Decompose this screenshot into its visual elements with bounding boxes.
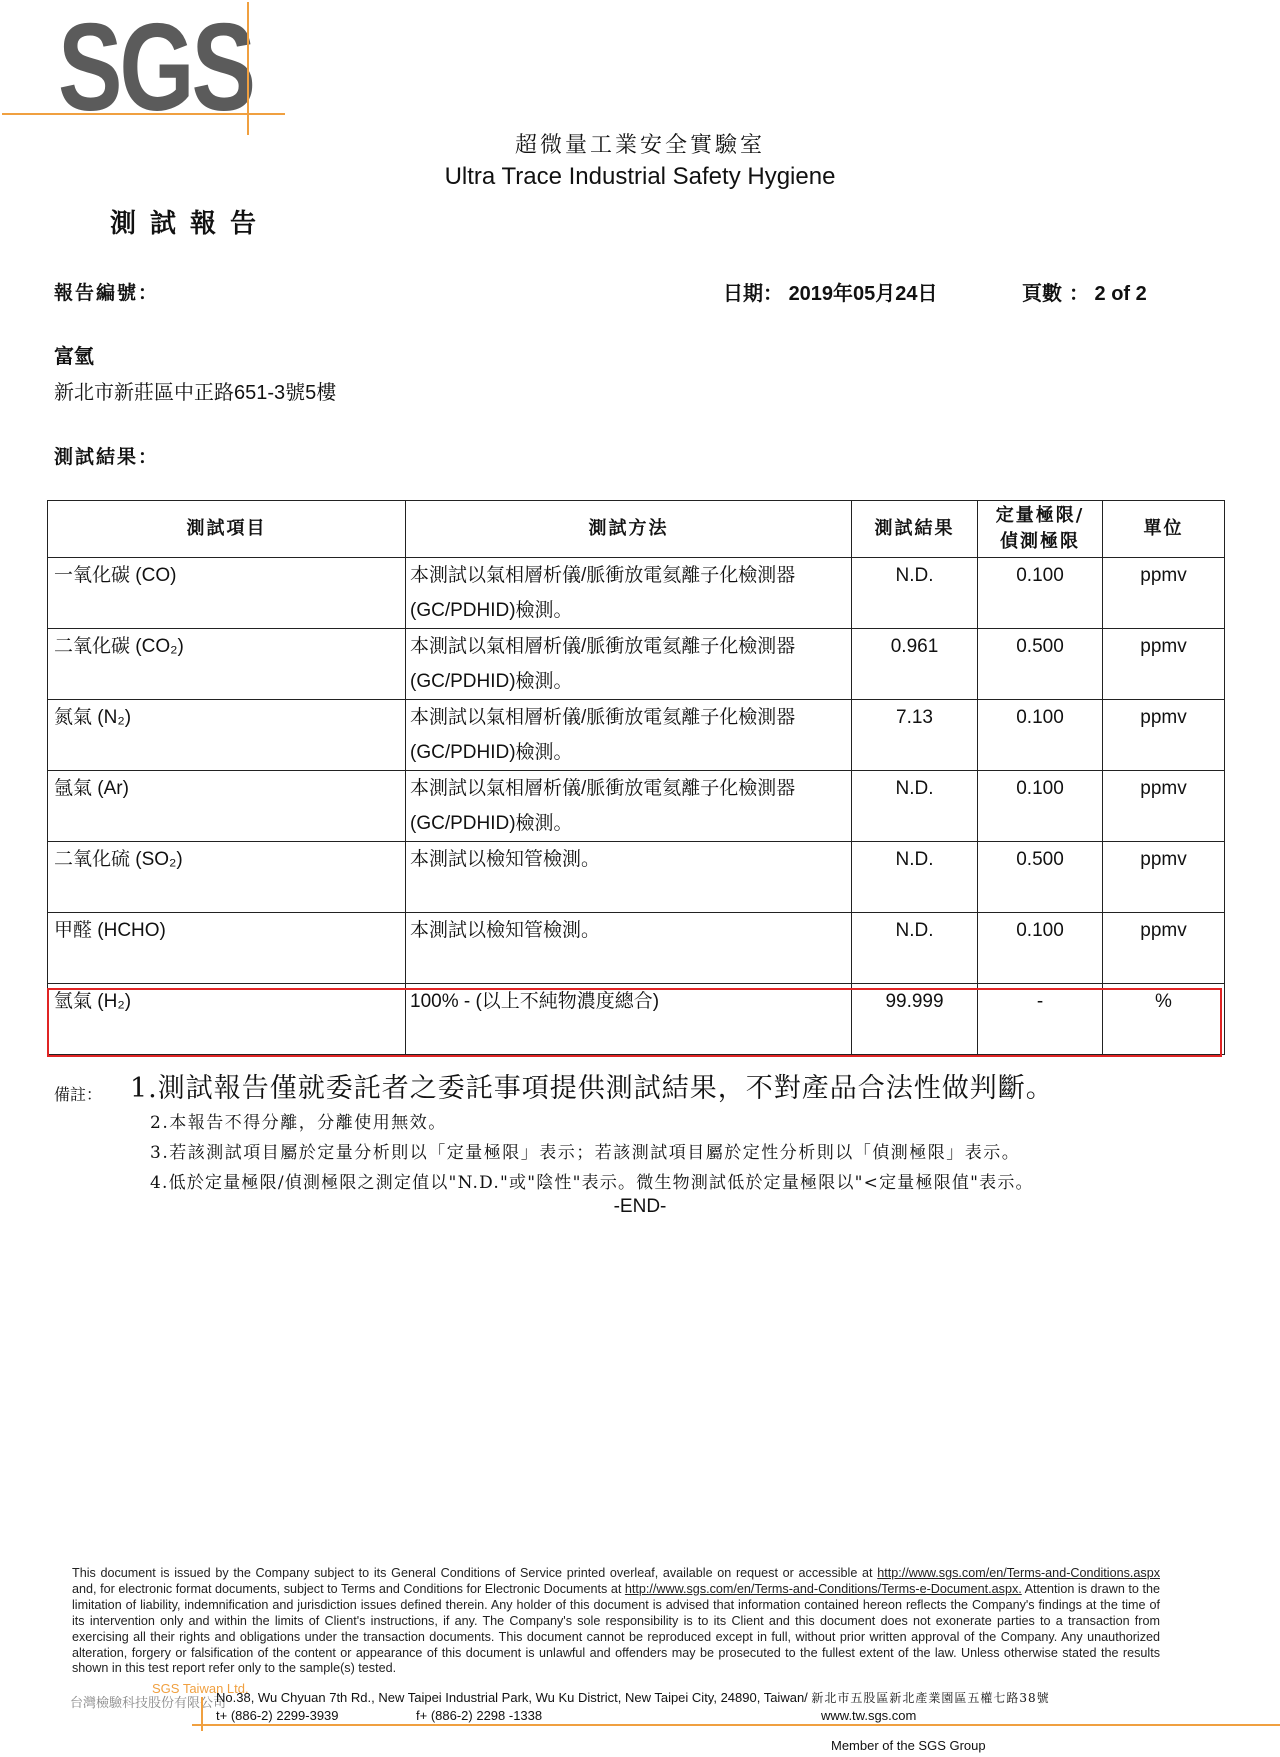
report-number-label: 報告編號： xyxy=(54,282,159,304)
disclaimer-text: and, for electronic format documents, su… xyxy=(72,1582,625,1596)
table-row: 甲醛 (HCHO) 本測試以檢知管檢測。 N.D. 0.100 ppmv xyxy=(48,913,1225,984)
client-address: 新北市新莊區中正路651-3號5樓 xyxy=(54,376,336,405)
footer-member-text: Member of the SGS Group xyxy=(831,1738,986,1753)
column-header-limit: 定量極限/偵測極限 xyxy=(978,501,1103,558)
cell-method: 本測試以檢知管檢測。 xyxy=(406,842,852,913)
column-header-unit: 單位 xyxy=(1103,501,1225,558)
cell-method: 本測試以氣相層析儀/脈衝放電氦離子化檢測器(GC/PDHID)檢測。 xyxy=(406,629,852,700)
cell-method: 本測試以氣相層析儀/脈衝放電氦離子化檢測器(GC/PDHID)檢測。 xyxy=(406,558,852,629)
table-row: 氬氣 (Ar) 本測試以氣相層析儀/脈衝放電氦離子化檢測器(GC/PDHID)檢… xyxy=(48,771,1225,842)
page-value: 2 of 2 xyxy=(1095,283,1147,305)
results-section-label: 測試結果： xyxy=(54,442,159,469)
terms-link[interactable]: http://www.sgs.com/en/Terms-and-Conditio… xyxy=(877,1566,1160,1580)
cell-result: 7.13 xyxy=(852,700,978,771)
cell-result: 0.961 xyxy=(852,629,978,700)
cell-limit: 0.100 xyxy=(978,700,1103,771)
date-value: 2019年05月24日 xyxy=(789,283,938,305)
cell-item: 氮氣 (N₂) xyxy=(48,700,406,771)
cell-item: 一氧化碳 (CO) xyxy=(48,558,406,629)
cell-limit: 0.500 xyxy=(978,629,1103,700)
page-count: 頁數 ： 2 of 2 xyxy=(1022,277,1147,306)
note-item: 3.若該測試項目屬於定量分析則以「定量極限」表示；若該測試項目屬於定性分析則以「… xyxy=(150,1138,1020,1163)
table-row: 一氧化碳 (CO) 本測試以氣相層析儀/脈衝放電氦離子化檢測器(GC/PDHID… xyxy=(48,558,1225,629)
page-label: 頁數 ： xyxy=(1022,281,1089,305)
limit-header-line1: 定量極限/ xyxy=(996,505,1085,526)
footer-address-english: No.38, Wu Chyuan 7th Rd., New Taipei Ind… xyxy=(216,1690,811,1705)
footer-website-link[interactable]: www.tw.sgs.com xyxy=(821,1708,916,1723)
cell-result: N.D. xyxy=(852,558,978,629)
sgs-logo: SGS xyxy=(58,6,253,130)
cell-unit: ppmv xyxy=(1103,771,1225,842)
report-number: 報告編號： xyxy=(54,278,159,305)
note-item: 1.測試報告僅就委託者之委託事項提供測試結果，不對產品合法性做判斷。 xyxy=(130,1066,1054,1105)
cell-limit: 0.100 xyxy=(978,913,1103,984)
footer-address: No.38, Wu Chyuan 7th Rd., New Taipei Ind… xyxy=(216,1689,1050,1706)
client-name: 富氫 xyxy=(54,340,94,369)
cell-limit: 0.500 xyxy=(978,842,1103,913)
cell-result: N.D. xyxy=(852,913,978,984)
cell-limit: 0.100 xyxy=(978,558,1103,629)
cell-method: 本測試以氣相層析儀/脈衝放電氦離子化檢測器(GC/PDHID)檢測。 xyxy=(406,700,852,771)
column-header-method: 測試方法 xyxy=(406,501,852,558)
cell-unit: ppmv xyxy=(1103,842,1225,913)
footer-fax: f+ (886-2) 2298 -1338 xyxy=(416,1708,542,1723)
cell-item: 二氧化硫 (SO₂) xyxy=(48,842,406,913)
table-row: 二氧化碳 (CO₂) 本測試以氣相層析儀/脈衝放電氦離子化檢測器(GC/PDHI… xyxy=(48,629,1225,700)
highlight-annotation-box xyxy=(47,988,1222,1057)
cell-item: 氬氣 (Ar) xyxy=(48,771,406,842)
logo-orange-vertical-line xyxy=(247,2,249,135)
e-document-terms-link[interactable]: http://www.sgs.com/en/Terms-and-Conditio… xyxy=(625,1582,1022,1596)
note-item: 4.低於定量極限/偵測極限之測定值以"N.D."或"陰性"表示。微生物測試低於定… xyxy=(150,1168,1034,1193)
footer-orange-horizontal-line xyxy=(192,1724,1280,1726)
column-header-item: 測試項目 xyxy=(48,501,406,558)
notes-prefix: 備註： xyxy=(54,1082,102,1105)
cell-method: 本測試以氣相層析儀/脈衝放電氦離子化檢測器(GC/PDHID)檢測。 xyxy=(406,771,852,842)
column-header-result: 測試結果 xyxy=(852,501,978,558)
cell-limit: 0.100 xyxy=(978,771,1103,842)
limit-header-line2: 偵測極限 xyxy=(1000,531,1080,552)
document-title: 測試報告 xyxy=(110,203,270,240)
end-marker: -END- xyxy=(0,1196,1280,1218)
table-row: 氮氣 (N₂) 本測試以氣相層析儀/脈衝放電氦離子化檢測器(GC/PDHID)檢… xyxy=(48,700,1225,771)
legal-disclaimer: This document is issued by the Company s… xyxy=(72,1566,1160,1677)
lab-name-english: Ultra Trace Industrial Safety Hygiene xyxy=(0,163,1280,191)
logo-orange-horizontal-line xyxy=(2,113,285,115)
cell-unit: ppmv xyxy=(1103,558,1225,629)
date-label: 日期： xyxy=(723,283,783,305)
cell-unit: ppmv xyxy=(1103,700,1225,771)
disclaimer-text: This document is issued by the Company s… xyxy=(72,1566,877,1580)
report-date: 日期： 2019年05月24日 xyxy=(723,277,938,306)
cell-unit: ppmv xyxy=(1103,629,1225,700)
cell-item: 二氧化碳 (CO₂) xyxy=(48,629,406,700)
lab-name-chinese: 超微量工業安全實驗室 xyxy=(0,128,1280,159)
cell-method: 本測試以檢知管檢測。 xyxy=(406,913,852,984)
cell-item: 甲醛 (HCHO) xyxy=(48,913,406,984)
cell-result: N.D. xyxy=(852,842,978,913)
cell-unit: ppmv xyxy=(1103,913,1225,984)
results-table: 測試項目 測試方法 測試結果 定量極限/偵測極限 單位 一氧化碳 (CO) 本測… xyxy=(47,500,1225,1055)
table-header-row: 測試項目 測試方法 測試結果 定量極限/偵測極限 單位 xyxy=(48,501,1225,558)
note-item: 2.本報告不得分離，分離使用無效。 xyxy=(150,1108,447,1133)
cell-result: N.D. xyxy=(852,771,978,842)
footer-phone: t+ (886-2) 2299-3939 xyxy=(216,1708,339,1723)
footer-address-chinese: 新北市五股區新北產業園區五權七路38號 xyxy=(811,1691,1049,1705)
table-row: 二氧化硫 (SO₂) 本測試以檢知管檢測。 N.D. 0.500 ppmv xyxy=(48,842,1225,913)
